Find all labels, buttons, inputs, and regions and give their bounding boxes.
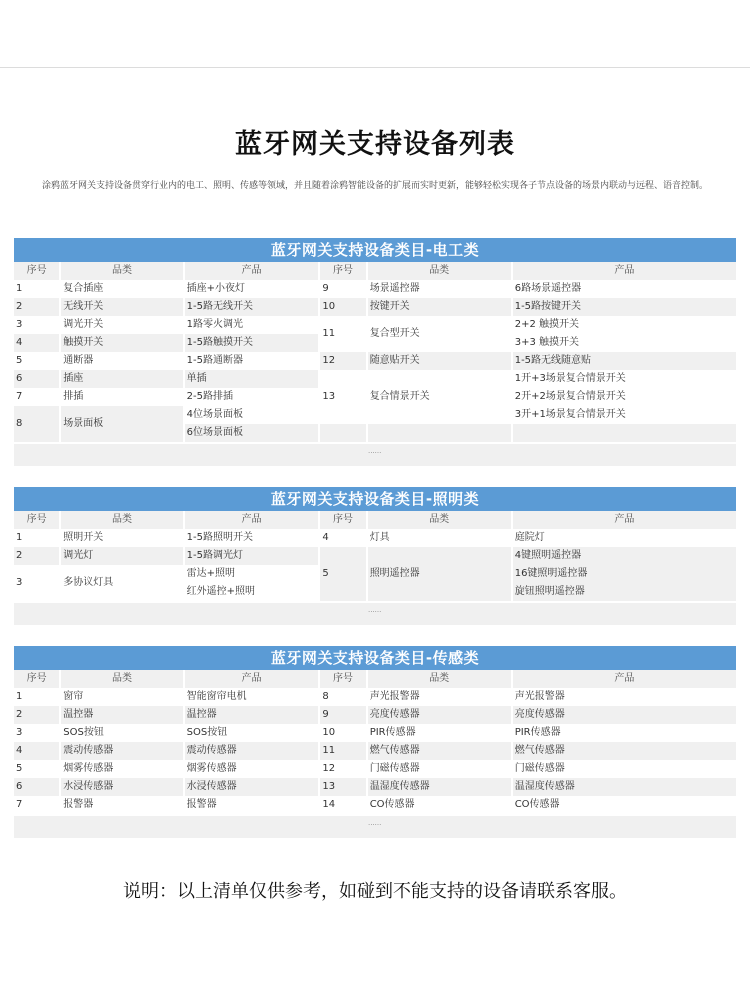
cell-product: 4位场景面板 — [185, 406, 319, 424]
cell-seq: 13 — [320, 370, 365, 424]
cell-category: 燃气传感器 — [368, 742, 511, 760]
cell-product: 插座+小夜灯 — [185, 280, 319, 298]
cell-product: 门磁传感器 — [513, 760, 736, 778]
cell-product: 报警器 — [185, 796, 319, 814]
cell-product: 1-5路按键开关 — [513, 298, 736, 316]
table-row: 5 通断器 1-5路通断器 12 随意贴开关 1-5路无线随意贴 — [14, 352, 736, 370]
cell-product: 1路零火调光 — [185, 316, 319, 334]
cell-product: 3+3 触摸开关 — [513, 334, 736, 352]
section-heading: 蓝牙网关支持设备类目-电工类 — [14, 238, 736, 262]
cell-category: 通断器 — [61, 352, 182, 370]
col-header-seq: 序号 — [320, 511, 365, 529]
col-header-seq: 序号 — [14, 511, 59, 529]
cell-seq: 8 — [320, 688, 365, 706]
cell-product: 智能窗帘电机 — [185, 688, 319, 706]
cell-seq: 9 — [320, 280, 365, 298]
cell-empty — [320, 424, 365, 442]
cell-seq: 1 — [14, 529, 59, 547]
cell-category: 温湿度传感器 — [368, 778, 511, 796]
col-header-category: 品类 — [61, 262, 182, 280]
cell-category: 灯具 — [368, 529, 511, 547]
section-sensor: 蓝牙网关支持设备类目-传感类 序号 品类 产品 序号 品类 产品 1 窗帘 智能… — [14, 646, 736, 838]
table-header-row: 序号 品类 产品 序号 品类 产品 — [14, 511, 736, 529]
cell-category: 插座 — [61, 370, 182, 388]
device-table-electrical: 序号 品类 产品 序号 品类 产品 1 复合插座 插座+小夜灯 9 场景遥控器 … — [12, 262, 738, 442]
col-header-seq: 序号 — [14, 670, 59, 688]
table-row: 2 无线开关 1-5路无线开关 10 按键开关 1-5路按键开关 — [14, 298, 736, 316]
col-header-seq: 序号 — [320, 670, 365, 688]
section-heading: 蓝牙网关支持设备类目-照明类 — [14, 487, 736, 511]
col-header-product: 产品 — [513, 511, 736, 529]
intro-text: 涂鸦蓝牙网关支持设备贯穿行业内的电工、照明、传感等领域，并且随着涂鸦智能设备的扩… — [14, 178, 736, 194]
more-ellipsis: ...... — [368, 606, 381, 614]
cell-seq: 3 — [14, 565, 59, 601]
cell-product: 红外遥控+照明 — [185, 583, 319, 601]
cell-category: 调光开关 — [61, 316, 182, 334]
table-header-row: 序号 品类 产品 序号 品类 产品 — [14, 670, 736, 688]
cell-product: 2-5路排插 — [185, 388, 319, 406]
top-divider — [0, 67, 750, 68]
cell-category: 场景遥控器 — [368, 280, 511, 298]
cell-seq: 4 — [14, 334, 59, 352]
table-row: 7 报警器 报警器 14 CO传感器 CO传感器 — [14, 796, 736, 814]
cell-product: 雷达+照明 — [185, 565, 319, 583]
more-ellipsis: ...... — [368, 819, 381, 827]
cell-category: 窗帘 — [61, 688, 182, 706]
cell-seq: 3 — [14, 724, 59, 742]
more-row: ...... — [14, 603, 736, 625]
section-lighting: 蓝牙网关支持设备类目-照明类 序号 品类 产品 序号 品类 产品 1 照明开关 … — [14, 487, 736, 625]
cell-product: 16键照明遥控器 — [513, 565, 736, 583]
cell-category: 震动传感器 — [61, 742, 182, 760]
cell-category: 照明遥控器 — [368, 547, 511, 601]
cell-category: 门磁传感器 — [368, 760, 511, 778]
cell-category: 声光报警器 — [368, 688, 511, 706]
cell-category: 调光灯 — [61, 547, 182, 565]
cell-seq: 8 — [14, 406, 59, 442]
col-header-product: 产品 — [185, 670, 319, 688]
col-header-seq: 序号 — [320, 262, 365, 280]
col-header-product: 产品 — [185, 262, 319, 280]
cell-category: 水浸传感器 — [61, 778, 182, 796]
cell-category: 按键开关 — [368, 298, 511, 316]
cell-seq: 14 — [320, 796, 365, 814]
cell-category: 烟雾传感器 — [61, 760, 182, 778]
cell-seq: 2 — [14, 547, 59, 565]
cell-product: 温控器 — [185, 706, 319, 724]
section-electrical: 蓝牙网关支持设备类目-电工类 序号 品类 产品 序号 品类 产品 1 复合插座 … — [14, 238, 736, 466]
cell-category: 报警器 — [61, 796, 182, 814]
cell-seq: 4 — [320, 529, 365, 547]
cell-seq: 7 — [14, 388, 59, 406]
cell-category: 多协议灯具 — [61, 565, 182, 601]
cell-category: 复合插座 — [61, 280, 182, 298]
table-row: 1 照明开关 1-5路照明开关 4 灯具 庭院灯 — [14, 529, 736, 547]
cell-product: 2开+2场景复合情景开关 — [513, 388, 736, 406]
cell-seq: 12 — [320, 760, 365, 778]
cell-seq: 1 — [14, 688, 59, 706]
table-row: 2 温控器 温控器 9 亮度传感器 亮度传感器 — [14, 706, 736, 724]
cell-product: 1-5路通断器 — [185, 352, 319, 370]
cell-seq: 10 — [320, 298, 365, 316]
device-table-sensor: 序号 品类 产品 序号 品类 产品 1 窗帘 智能窗帘电机 8 声光报警器 声光… — [12, 670, 738, 814]
page-title: 蓝牙网关支持设备列表 — [0, 122, 750, 161]
col-header-category: 品类 — [368, 262, 511, 280]
cell-product: 6路场景遥控器 — [513, 280, 736, 298]
cell-category: 场景面板 — [61, 406, 182, 442]
table-row: 3 调光开关 1路零火调光 11 复合型开关 2+2 触摸开关 — [14, 316, 736, 334]
cell-category: 随意贴开关 — [368, 352, 511, 370]
cell-product: 1-5路触摸开关 — [185, 334, 319, 352]
cell-seq: 5 — [14, 760, 59, 778]
col-header-product: 产品 — [513, 670, 736, 688]
cell-seq: 6 — [14, 370, 59, 388]
cell-product: 单插 — [185, 370, 319, 388]
cell-category: 复合型开关 — [368, 316, 511, 352]
cell-product: 庭院灯 — [513, 529, 736, 547]
cell-product: 1-5路调光灯 — [185, 547, 319, 565]
cell-product: 声光报警器 — [513, 688, 736, 706]
cell-seq: 10 — [320, 724, 365, 742]
cell-seq: 7 — [14, 796, 59, 814]
table-row: 5 烟雾传感器 烟雾传感器 12 门磁传感器 门磁传感器 — [14, 760, 736, 778]
cell-product: 2+2 触摸开关 — [513, 316, 736, 334]
cell-product: 3开+1场景复合情景开关 — [513, 406, 736, 424]
cell-category: CO传感器 — [368, 796, 511, 814]
col-header-product: 产品 — [513, 262, 736, 280]
cell-empty — [368, 424, 511, 442]
cell-product: 烟雾传感器 — [185, 760, 319, 778]
cell-seq: 4 — [14, 742, 59, 760]
cell-product: 1-5路无线开关 — [185, 298, 319, 316]
table-row: 6 水浸传感器 水浸传感器 13 温湿度传感器 温湿度传感器 — [14, 778, 736, 796]
cell-seq: 11 — [320, 742, 365, 760]
col-header-seq: 序号 — [14, 262, 59, 280]
col-header-product: 产品 — [185, 511, 319, 529]
cell-seq: 2 — [14, 706, 59, 724]
cell-category: 触摸开关 — [61, 334, 182, 352]
more-row: ...... — [14, 444, 736, 466]
cell-product: 水浸传感器 — [185, 778, 319, 796]
cell-product: 1开+3场景复合情景开关 — [513, 370, 736, 388]
cell-category: SOS按钮 — [61, 724, 182, 742]
table-row: 1 窗帘 智能窗帘电机 8 声光报警器 声光报警器 — [14, 688, 736, 706]
footer-note: 说明：以上清单仅供参考，如碰到不能支持的设备请联系客服。 — [0, 877, 750, 903]
cell-product: 温湿度传感器 — [513, 778, 736, 796]
cell-product: 旋钮照明遥控器 — [513, 583, 736, 601]
cell-category: 亮度传感器 — [368, 706, 511, 724]
cell-product: 震动传感器 — [185, 742, 319, 760]
cell-product: 1-5路照明开关 — [185, 529, 319, 547]
cell-seq: 1 — [14, 280, 59, 298]
table-header-row: 序号 品类 产品 序号 品类 产品 — [14, 262, 736, 280]
cell-product: PIR传感器 — [513, 724, 736, 742]
table-row: 2 调光灯 1-5路调光灯 5 照明遥控器 4键照明遥控器 — [14, 547, 736, 565]
cell-category: 复合情景开关 — [368, 370, 511, 424]
cell-category: 排插 — [61, 388, 182, 406]
cell-category: 照明开关 — [61, 529, 182, 547]
col-header-category: 品类 — [368, 511, 511, 529]
col-header-category: 品类 — [61, 670, 182, 688]
cell-seq: 5 — [320, 547, 365, 601]
table-row: 3 SOS按钮 SOS按钮 10 PIR传感器 PIR传感器 — [14, 724, 736, 742]
cell-category: PIR传感器 — [368, 724, 511, 742]
cell-category: 温控器 — [61, 706, 182, 724]
cell-seq: 12 — [320, 352, 365, 370]
col-header-category: 品类 — [61, 511, 182, 529]
cell-seq: 3 — [14, 316, 59, 334]
cell-seq: 5 — [14, 352, 59, 370]
cell-product: SOS按钮 — [185, 724, 319, 742]
table-row: 4 震动传感器 震动传感器 11 燃气传感器 燃气传感器 — [14, 742, 736, 760]
cell-product: 6位场景面板 — [185, 424, 319, 442]
cell-seq: 13 — [320, 778, 365, 796]
cell-seq: 11 — [320, 316, 365, 352]
device-table-lighting: 序号 品类 产品 序号 品类 产品 1 照明开关 1-5路照明开关 4 灯具 庭… — [12, 511, 738, 601]
cell-product: CO传感器 — [513, 796, 736, 814]
cell-seq: 9 — [320, 706, 365, 724]
section-heading: 蓝牙网关支持设备类目-传感类 — [14, 646, 736, 670]
cell-seq: 6 — [14, 778, 59, 796]
more-row: ...... — [14, 816, 736, 838]
more-ellipsis: ...... — [368, 447, 381, 455]
cell-product: 燃气传感器 — [513, 742, 736, 760]
table-row: 6 插座 单插 13 复合情景开关 1开+3场景复合情景开关 — [14, 370, 736, 388]
cell-product: 4键照明遥控器 — [513, 547, 736, 565]
cell-category: 无线开关 — [61, 298, 182, 316]
cell-seq: 2 — [14, 298, 59, 316]
col-header-category: 品类 — [368, 670, 511, 688]
cell-empty — [513, 424, 736, 442]
table-row: 1 复合插座 插座+小夜灯 9 场景遥控器 6路场景遥控器 — [14, 280, 736, 298]
cell-product: 1-5路无线随意贴 — [513, 352, 736, 370]
cell-product: 亮度传感器 — [513, 706, 736, 724]
